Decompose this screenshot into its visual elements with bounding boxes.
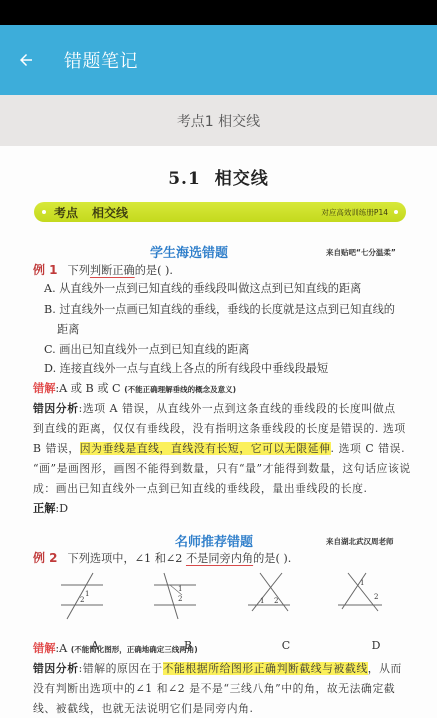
question-text: 的是( ). bbox=[135, 264, 173, 277]
wrong-answer-value: :A 或 B 或 C bbox=[55, 382, 120, 395]
highlighted-text: 因为垂线是直线，直线没有长短，它可以无限延伸 bbox=[80, 442, 331, 455]
parallel-lines-diagram: 1 2 bbox=[148, 571, 228, 633]
dot-icon bbox=[42, 210, 46, 214]
wrong-answer-2: 错解:A (不能简化图形，正确地确定三线两角) bbox=[33, 640, 198, 658]
analysis-1-line5: 成：画出已知直线外一点到已知直线的垂线段，量出垂线段的长度. bbox=[33, 480, 368, 497]
option-d: D. 连接直线外一点与直线上各点的所有线段中垂线段最短 bbox=[44, 360, 328, 377]
page-title: 错题笔记 bbox=[64, 47, 138, 73]
topic-header-title: 考点1 相交线 bbox=[177, 111, 260, 131]
wrong-answer-note: (不能正确理解垂线的概念及意义) bbox=[124, 385, 236, 394]
section-title: 5.1相交线 bbox=[0, 164, 437, 189]
analysis-1-line1: 错因分析:选项 A 错误，从直线外一点到这条直线的垂线段的长度叫做点 bbox=[33, 400, 396, 417]
option-c: C. 画出已知直线外一点到已知直线的距离 bbox=[44, 341, 249, 358]
dot-icon bbox=[394, 210, 398, 214]
wrong-answer-label: 错解 bbox=[33, 382, 55, 395]
wrong-answer-1: 错解:A 或 B 或 C (不能正确理解垂线的概念及意义) bbox=[33, 380, 236, 398]
analysis-text: :选项 A 错误，从直线外一点到这条直线的垂线段的长度叫做点 bbox=[79, 402, 396, 415]
option-b-continued: 距离 bbox=[57, 321, 79, 338]
example1-question: 例 1下列判断正确的是( ). bbox=[33, 262, 173, 279]
svg-text:1: 1 bbox=[178, 585, 182, 593]
analysis-text: :错解的原因在于 bbox=[79, 662, 163, 675]
triangle-diagram: 1 2 bbox=[246, 571, 326, 633]
question-keyword: 判断正确 bbox=[90, 264, 135, 277]
wrong-answer-label: 错解 bbox=[33, 642, 55, 655]
question-text: 的是( ). bbox=[253, 552, 291, 565]
block1-source: 来自贴吧“七分温柔” bbox=[326, 247, 396, 258]
svg-text:2: 2 bbox=[374, 593, 378, 601]
analysis-label: 错因分析 bbox=[33, 402, 79, 415]
question-text: 下列选项中，∠1 和∠2 bbox=[68, 552, 186, 565]
analysis-label: 错因分析 bbox=[33, 662, 79, 675]
wrong-answer-value: :A bbox=[55, 642, 67, 655]
app-bar: 错题笔记 bbox=[0, 25, 437, 95]
analysis-2-line3: 线、被截线，也就无法说明它们是同旁内角. bbox=[33, 700, 254, 717]
section-name: 相交线 bbox=[215, 169, 269, 189]
svg-text:2: 2 bbox=[274, 597, 278, 605]
analysis-1-line2: 到直线的距离，仅仅有垂线段，没有指明这条垂线段的长度是错误的. 选项 bbox=[33, 420, 406, 437]
svg-text:2: 2 bbox=[80, 596, 84, 604]
back-button[interactable] bbox=[0, 25, 52, 95]
option-a: A. 从直线外一点到已知直线的垂线段叫做这点到已知直线的距离 bbox=[44, 280, 361, 297]
section-number: 5.1 bbox=[168, 169, 201, 189]
svg-text:1: 1 bbox=[360, 579, 364, 587]
note-content[interactable]: 5.1相交线 考点 相交线 对应高效训练册P14 学生海选错题 来自贴吧“七分温… bbox=[0, 146, 437, 718]
wrong-answer-note: (不能简化图形，正确地确定三线两角) bbox=[71, 645, 198, 654]
parallel-lines-diagram: 1 2 bbox=[55, 571, 135, 633]
svg-text:1: 1 bbox=[260, 597, 264, 605]
topic-bar: 考点 相交线 对应高效训练册P14 bbox=[34, 202, 406, 222]
figure-label: C bbox=[246, 639, 326, 652]
analysis-2-line1: 错因分析:错解的原因在于不能根据所给图形正确判断截线与被截线，从而 bbox=[33, 660, 402, 677]
svg-text:1: 1 bbox=[85, 590, 89, 598]
analysis-1-line4: “画”是画图形，画图不能得到数量，只有“量”才能得到数量，这句话应该说 bbox=[33, 460, 411, 477]
topic-header: 考点1 相交线 bbox=[0, 95, 437, 146]
example2-question: 例 2下列选项中，∠1 和∠2 不是同旁内角的是( ). bbox=[33, 550, 291, 567]
topic-label: 考点 bbox=[54, 204, 78, 221]
topic-name: 相交线 bbox=[92, 204, 128, 221]
analysis-1-line3: B 错误，因为垂线是直线，直线没有长短，它可以无限延伸. 选项 C 错误. bbox=[33, 440, 405, 457]
example1-label: 例 1 bbox=[33, 263, 58, 277]
correct-answer-1: 正解:D bbox=[33, 500, 68, 517]
figure-label: D bbox=[336, 639, 416, 652]
correct-answer-label: 正解 bbox=[33, 502, 55, 515]
analysis-text: . 选项 C 错误. bbox=[331, 442, 406, 455]
block2-title: 名师推荐错题 bbox=[175, 531, 253, 550]
block2-source: 来自湖北武汉周老师 bbox=[326, 536, 394, 547]
status-bar bbox=[0, 0, 437, 25]
question-keyword: 不是同旁内角 bbox=[186, 552, 253, 565]
analysis-text: B 错误， bbox=[33, 442, 80, 455]
topic-reference: 对应高效训练册P14 bbox=[321, 207, 388, 218]
analysis-2-line2: 没有判断出选项中的∠1 和∠2 是不是“三线八角”中的角，故无法确定截 bbox=[33, 680, 395, 697]
highlighted-text: 不能根据所给图形正确判断截线与被截线 bbox=[163, 662, 368, 675]
figure-c: 1 2 C bbox=[246, 571, 326, 651]
figure-d: 1 2 D bbox=[336, 571, 416, 651]
question-text: 下列 bbox=[68, 264, 90, 277]
arrow-left-icon bbox=[17, 51, 35, 69]
triangle-diagram: 1 2 bbox=[336, 571, 416, 633]
analysis-text: ，从而 bbox=[368, 662, 402, 675]
svg-text:2: 2 bbox=[178, 595, 182, 603]
option-b: B. 过直线外一点画已知直线的垂线，垂线的长度就是这点到已知直线的 bbox=[44, 301, 395, 318]
block1-title: 学生海选错题 bbox=[150, 242, 228, 261]
figure-a: 1 2 A bbox=[55, 571, 135, 651]
figure-b: 1 2 B bbox=[148, 571, 228, 651]
example2-label: 例 2 bbox=[33, 551, 58, 565]
correct-answer-value: :D bbox=[55, 502, 68, 515]
